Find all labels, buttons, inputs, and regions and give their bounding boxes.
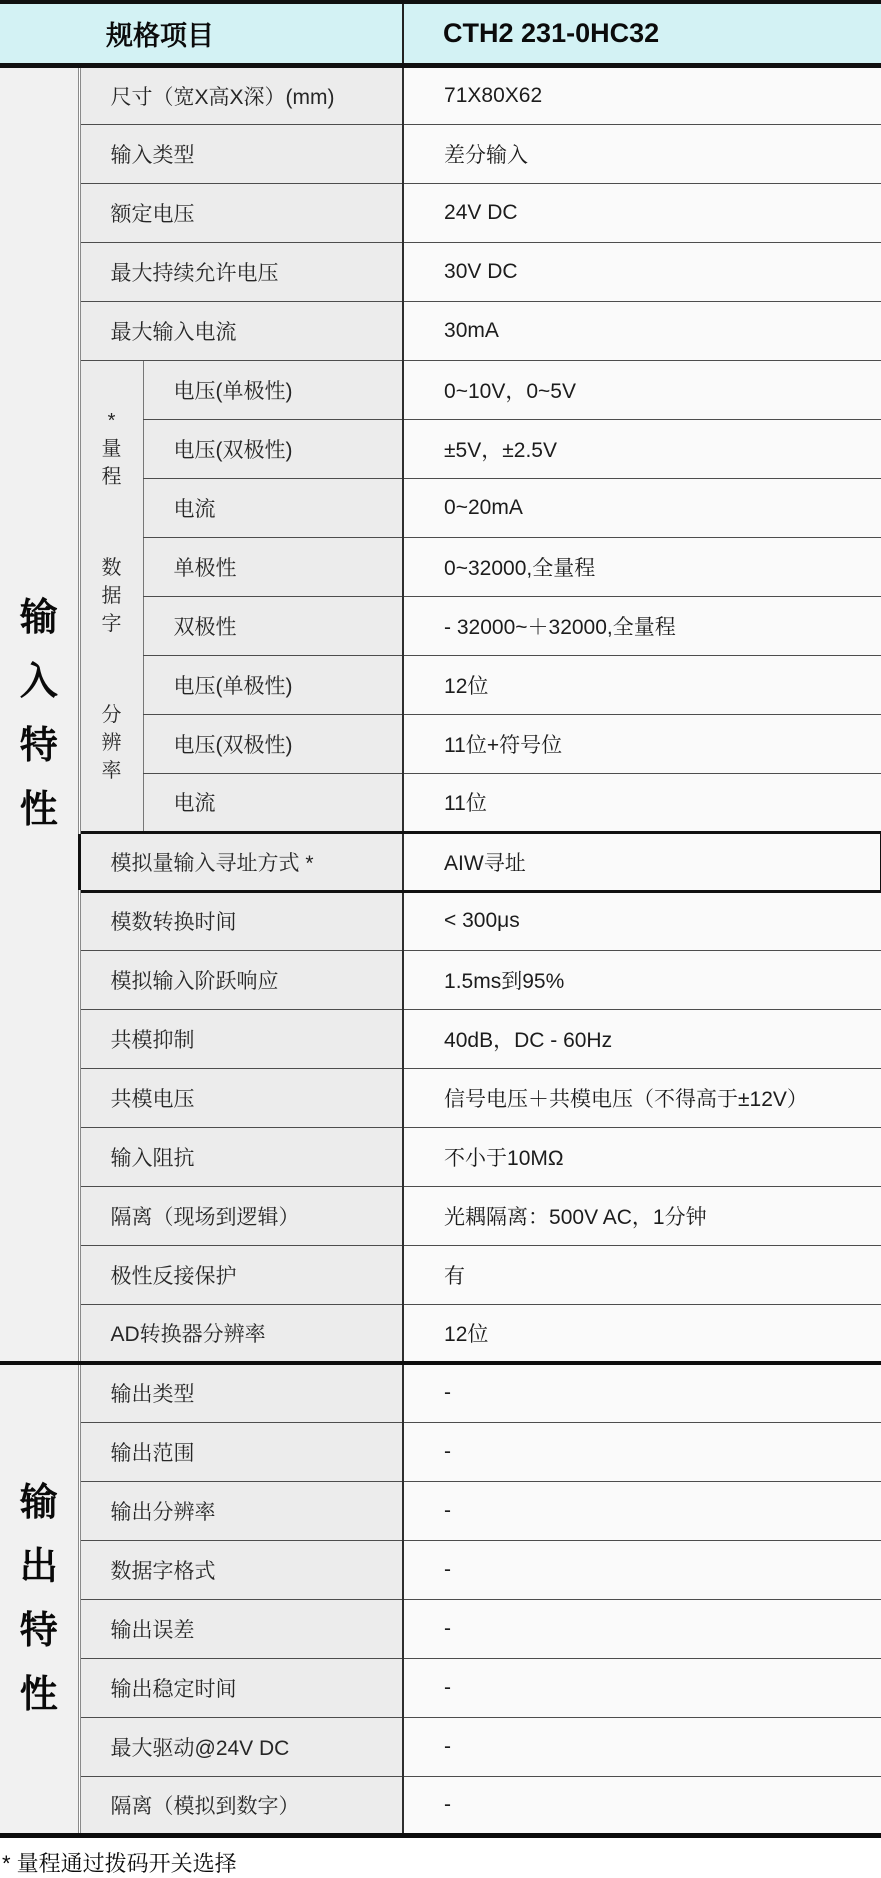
spec-row: 最大持续允许电压 30V DC [0,242,881,301]
spec-row: 模拟输入阶跃响应 1.5ms到95% [0,950,881,1009]
spec-label: 额定电压 [79,183,403,242]
spec-value: 71X80X62 [403,65,881,124]
spec-row: 数据字格式 - [0,1540,881,1599]
spec-sublabel: 电压(单极性) [143,360,403,419]
data-word-group-cell: 数 据 字 [79,537,143,655]
spec-value: AIW寻址 [403,832,881,891]
resolution-group-cell: 分 辨 率 [79,655,143,832]
spec-row: 隔离（现场到逻辑） 光耦隔离：500V AC，1分钟 [0,1186,881,1245]
spec-value: 不小于10MΩ [403,1127,881,1186]
spec-label: 共模电压 [79,1068,403,1127]
spec-value: 0~10V，0~5V [403,360,881,419]
spec-label: 数据字格式 [79,1540,403,1599]
spec-label: 模拟输入阶跃响应 [79,950,403,1009]
spec-row: 最大驱动@24V DC - [0,1717,881,1776]
spec-row: 数 据 字 单极性 0~32000,全量程 [0,537,881,596]
spec-label: 最大输入电流 [79,301,403,360]
spec-label: 隔离（模拟到数字） [79,1776,403,1835]
spec-value: - [403,1481,881,1540]
spec-value: 0~20mA [403,478,881,537]
spec-row: 分 辨 率 电压(单极性) 12位 [0,655,881,714]
spec-value: 12位 [403,1304,881,1363]
spec-row-highlighted: 模拟量输入寻址方式 * AIW寻址 [0,832,881,891]
spec-row: * 量 程 电压(单极性) 0~10V，0~5V [0,360,881,419]
spec-label: 输出范围 [79,1422,403,1481]
spec-value: 24V DC [403,183,881,242]
spec-label: 极性反接保护 [79,1245,403,1304]
spec-label: 最大持续允许电压 [79,242,403,301]
spec-sublabel: 单极性 [143,537,403,596]
spec-sublabel: 电流 [143,773,403,832]
spec-label: 输出分辨率 [79,1481,403,1540]
spec-label: 输出稳定时间 [79,1658,403,1717]
spec-row: 隔离（模拟到数字） - [0,1776,881,1835]
spec-value: - [403,1717,881,1776]
spec-value: - [403,1599,881,1658]
output-section-title: 输 出 特 性 [0,1484,78,1714]
spec-sublabel: 双极性 [143,596,403,655]
spec-row: 共模电压 信号电压＋共模电压（不得高于±12V） [0,1068,881,1127]
spec-value: - [403,1658,881,1717]
spec-value: 12位 [403,655,881,714]
range-group-title: * 量 程 [81,407,143,491]
spec-row: AD转换器分辨率 12位 [0,1304,881,1363]
spec-row: 输 入 特 性 尺寸（宽X高X深）(mm) 71X80X62 [0,65,881,124]
spec-value: 11位 [403,773,881,832]
spec-label: 隔离（现场到逻辑） [79,1186,403,1245]
spec-row: 共模抑制 40dB，DC - 60Hz [0,1009,881,1068]
resolution-group-title: 分 辨 率 [81,701,143,785]
spec-row: 输出稳定时间 - [0,1658,881,1717]
spec-value: 11位+符号位 [403,714,881,773]
spec-row: 输出误差 - [0,1599,881,1658]
spec-value: 信号电压＋共模电压（不得高于±12V） [403,1068,881,1127]
spec-label: 输入类型 [79,124,403,183]
spec-value: 0~32000,全量程 [403,537,881,596]
spec-value: - [403,1776,881,1835]
spec-sublabel: 电压(双极性) [143,714,403,773]
spec-value: - [403,1422,881,1481]
spec-label: 最大驱动@24V DC [79,1717,403,1776]
spec-row: 输入类型 差分输入 [0,124,881,183]
spec-value: - [403,1540,881,1599]
range-footnote: * 量程通过拨码开关选择 [0,1838,881,1878]
spec-value: 光耦隔离：500V AC，1分钟 [403,1186,881,1245]
spec-row: 输 出 特 性 输出类型 - [0,1363,881,1422]
spec-value: 1.5ms到95% [403,950,881,1009]
spec-label: 输入阻抗 [79,1127,403,1186]
data-word-group-title: 数 据 字 [81,554,143,638]
spec-row: 输出范围 - [0,1422,881,1481]
spec-row: 极性反接保护 有 [0,1245,881,1304]
spec-label: 输出误差 [79,1599,403,1658]
spec-sublabel: 电压(双极性) [143,419,403,478]
spec-label: 模数转换时间 [79,891,403,950]
spec-row: 额定电压 24V DC [0,183,881,242]
spec-value: 40dB，DC - 60Hz [403,1009,881,1068]
spec-row: 模数转换时间 < 300μs [0,891,881,950]
spec-label: 共模抑制 [79,1009,403,1068]
spec-value: 差分输入 [403,124,881,183]
spec-label: 模拟量输入寻址方式 * [79,832,403,891]
spec-label: 输出类型 [79,1363,403,1422]
model-column-header: CTH2 231-0HC32 [403,2,881,65]
spec-value: - 32000~＋32000,全量程 [403,596,881,655]
spec-value: 30V DC [403,242,881,301]
spec-column-header: 规格项目 [0,2,403,65]
range-group-cell: * 量 程 [79,360,143,537]
spec-value: < 300μs [403,891,881,950]
spec-label: 尺寸（宽X高X深）(mm) [79,65,403,124]
spec-sublabel: 电压(单极性) [143,655,403,714]
output-section-cell: 输 出 特 性 [0,1363,79,1835]
spec-table: 规格项目 CTH2 231-0HC32 输 入 特 性 尺寸（宽X高X深）(mm… [0,0,881,1838]
spec-row: 输入阻抗 不小于10MΩ [0,1127,881,1186]
spec-row: 输出分辨率 - [0,1481,881,1540]
spec-value: 30mA [403,301,881,360]
spec-value: ±5V，±2.5V [403,419,881,478]
input-section-title: 输 入 特 性 [0,599,78,829]
spec-row: 最大输入电流 30mA [0,301,881,360]
spec-value: 有 [403,1245,881,1304]
spec-value: - [403,1363,881,1422]
table-header-row: 规格项目 CTH2 231-0HC32 [0,2,881,65]
input-section-cell: 输 入 特 性 [0,65,79,1363]
spec-sublabel: 电流 [143,478,403,537]
spec-label: AD转换器分辨率 [79,1304,403,1363]
